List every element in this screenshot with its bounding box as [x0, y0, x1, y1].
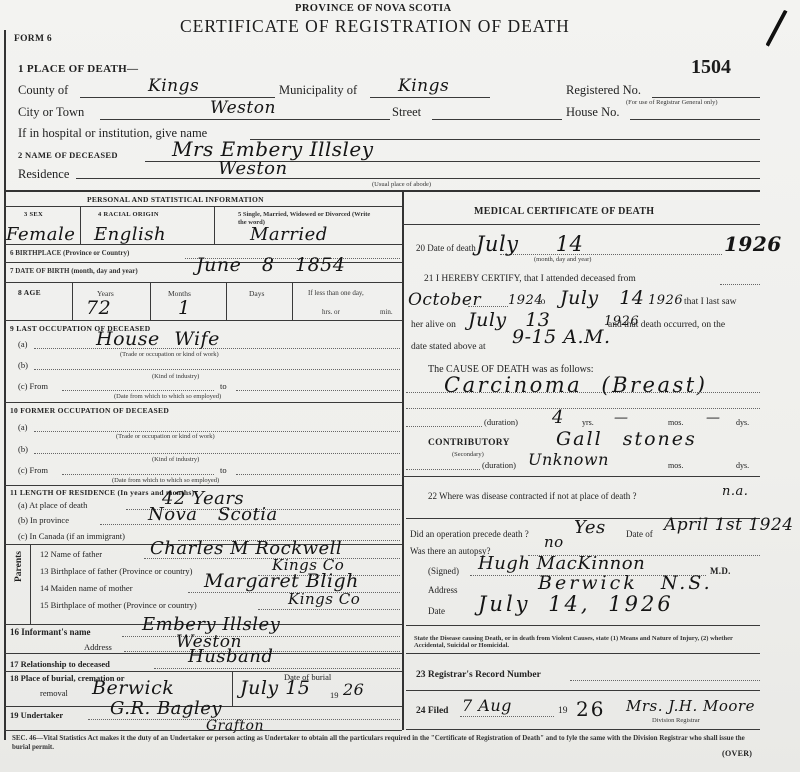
contributory-duration-line [406, 469, 480, 470]
operation-date-value: April 1st 1924 [664, 515, 794, 535]
age-label: 8 AGE [18, 288, 41, 297]
street-label: Street [392, 105, 421, 120]
duration-label: (duration) [484, 417, 518, 427]
duration-line [406, 426, 482, 427]
divider [4, 402, 402, 403]
death-date-note: (month, day and year) [534, 256, 591, 263]
mother-birthplace-label: 15 Birthplace of mother (Province or cou… [40, 600, 197, 610]
dob-value: June 8 1854 [196, 254, 345, 276]
divider [406, 729, 760, 730]
former-b-line [34, 453, 400, 454]
cause-of-death-value: Carcinoma (Breast) [444, 373, 707, 397]
filed-label: 24 Filed [416, 706, 448, 716]
medical-heading: MEDICAL CERTIFICATE OF DEATH [474, 206, 654, 217]
occupation-to-line [236, 390, 400, 391]
yrs-label: yrs. [582, 418, 594, 427]
in-province-label: (b) In province [18, 515, 69, 525]
divider [4, 190, 760, 192]
former-b-label: (b) [18, 444, 28, 454]
registered-no-line [652, 97, 760, 98]
statute-footer: SEC. 46—Vital Statistics Act makes it th… [12, 734, 762, 752]
occupation-c-label: (c) From [18, 381, 48, 391]
former-a-note: (Trade or occupation or kind of work) [116, 433, 215, 440]
left-border [4, 30, 6, 740]
residence-line [76, 178, 760, 179]
certify-text: 21 I HEREBY CERTIFY, that I attended dec… [424, 274, 636, 284]
col-line [226, 282, 227, 320]
col-line [150, 282, 151, 320]
divider [4, 282, 402, 283]
removal-label: removal [40, 688, 68, 698]
municipality-label: Municipality of [279, 83, 357, 98]
col-line [232, 671, 233, 706]
attended-from-value: October [408, 290, 481, 310]
col-line [214, 206, 215, 244]
divider [4, 244, 402, 245]
former-c-label: (c) From [18, 465, 48, 475]
burial-place-value: Berwick [92, 677, 174, 699]
residence-label: Residence [18, 167, 69, 182]
racial-origin-value: English [94, 224, 166, 245]
mother-name-label: 14 Maiden name of mother [40, 583, 133, 593]
col-line [80, 206, 81, 244]
informant-name-label: 16 Informant's name [10, 627, 91, 637]
check-mark-icon [765, 10, 794, 51]
county-value: Kings [148, 76, 199, 96]
occupation-a-note: (Trade or occupation or kind of work) [120, 351, 219, 358]
mother-birthplace-line [258, 609, 400, 610]
secondary-note: (Secondary) [452, 451, 484, 458]
col-line [292, 282, 293, 320]
divider [4, 485, 402, 486]
duration-years-value: 4 [552, 407, 564, 428]
birthplace-label: 6 BIRTHPLACE (Province or Country) [10, 249, 129, 257]
mother-name-value: Margaret Bligh [204, 570, 359, 592]
record-number-label: 23 Registrar's Record Number [416, 670, 541, 680]
less-than-day-label: If less than one day, [308, 289, 364, 297]
sex-value: Female [6, 224, 75, 245]
contributory-duration-label: (duration) [482, 460, 516, 470]
parents-side-label: Parents [14, 551, 24, 582]
operation-label: Did an operation precede death ? [410, 529, 529, 539]
certify-line [720, 284, 760, 285]
former-c-note: (Date from which to which so employed) [112, 477, 219, 484]
contributory-value: Gall stones [556, 428, 697, 450]
occupation-b-label: (b) [18, 360, 28, 370]
province: PROVINCE OF NOVA SCOTIA [295, 3, 452, 14]
certificate-date-label: Date [428, 606, 445, 616]
form-number: FORM 6 [14, 34, 52, 44]
occupation-c-note: (Date from which to which so employed) [114, 393, 221, 400]
at-place-label: (a) At place of death [18, 500, 87, 510]
physician-signature: Hugh MacKinnon [478, 553, 645, 574]
undertaker-value: G.R. Bagley [110, 698, 222, 719]
marital-status-value: Married [250, 224, 328, 245]
city-label: City or Town [18, 105, 84, 120]
attended-from-line [468, 306, 508, 307]
personal-heading: PERSONAL AND STATISTICAL INFORMATION [87, 195, 264, 204]
relationship-label: 17 Relationship to deceased [10, 659, 110, 669]
occupation-b-note: (Kind of industry) [152, 373, 199, 380]
days-label: Days [249, 289, 264, 298]
occupation-c-line [62, 390, 214, 391]
father-birthplace-label: 13 Birthplace of father (Province or cou… [40, 566, 192, 576]
occupation-b-line [34, 369, 400, 370]
dys-label: dys. [736, 418, 749, 427]
residence-value: Weston [218, 158, 288, 179]
time-value: 9-15 A.M. [512, 326, 610, 348]
over-label: (OVER) [722, 749, 752, 758]
cause-line-2 [406, 408, 760, 409]
age-years-value: 72 [86, 297, 111, 319]
filed-year-prefix: 19 [558, 706, 568, 716]
sex-label: 3 SEX [24, 211, 43, 218]
contributory-label: CONTRIBUTORY [428, 438, 510, 448]
document-title: CERTIFICATE OF REGISTRATION OF DEATH [180, 16, 570, 37]
hrs-label: hrs. or [322, 308, 340, 316]
divider [4, 206, 402, 207]
attended-to-value: July 14 [560, 287, 644, 309]
father-name-label: 12 Name of father [40, 549, 102, 559]
autopsy-value: no [544, 533, 564, 551]
in-canada-label: (c) In Canada (if an immigrant) [18, 531, 125, 541]
registered-no-label: Registered No. [566, 83, 641, 98]
dob-label: 7 DATE OF BIRTH (month, day and year) [10, 267, 138, 275]
duration-months-value: — [614, 410, 629, 426]
contracted-value: n.a. [722, 484, 748, 499]
death-date-value: July 14 [476, 232, 583, 256]
duration-days-value: — [706, 410, 721, 426]
residence-note: (Usual place of abode) [372, 181, 431, 188]
former-to-line [236, 474, 400, 475]
former-b-note: (Kind of industry) [152, 456, 199, 463]
last-occupation-value: House Wife [96, 328, 220, 350]
divider [4, 730, 402, 731]
municipality-line [370, 97, 490, 98]
informant-name-line [122, 636, 400, 637]
divider [4, 320, 402, 321]
operation-value: Yes [574, 517, 606, 538]
house-no-label: House No. [566, 105, 619, 120]
former-occupation-heading: 10 FORMER OCCUPATION OF DECEASED [10, 406, 169, 415]
racial-label: 4 RACIAL ORIGIN [98, 211, 159, 218]
attended-to-prefix: to [538, 297, 545, 307]
filed-date-value: 7 Aug [462, 696, 512, 715]
undertaker-label: 19 Undertaker [10, 710, 63, 720]
violent-causes-note: State the Disease causing Death, or in d… [414, 635, 760, 649]
last-saw-text: that I last saw [684, 297, 737, 307]
certificate-date-value: July 14, 1926 [478, 592, 674, 616]
occupation-a-label: (a) [18, 339, 27, 349]
occupation-to-label: to [220, 381, 227, 391]
relationship-line [154, 668, 400, 669]
address-label: Address [428, 585, 458, 595]
parents-col-line [30, 544, 31, 624]
filed-line [460, 716, 554, 717]
attended-to-year: 1926 [648, 293, 683, 308]
place-of-death-heading: 1 PLACE OF DEATH— [18, 63, 138, 75]
operation-date-label: Date of [626, 529, 653, 539]
contracted-label: 22 Where was disease contracted if not a… [428, 491, 637, 501]
column-divider [402, 190, 404, 730]
signed-label: (Signed) [428, 566, 459, 576]
divider [406, 690, 760, 691]
divider [4, 671, 402, 672]
record-number-line [570, 680, 760, 681]
city-value: Weston [210, 98, 276, 118]
municipality-value: Kings [398, 76, 449, 96]
contributory-dys-label: dys. [736, 461, 749, 470]
burial-year-value: 26 [343, 680, 364, 699]
col-line [72, 282, 73, 320]
cause-line-1 [406, 392, 760, 393]
former-c-line [62, 474, 214, 475]
former-a-label: (a) [18, 422, 27, 432]
divider [406, 653, 760, 654]
divider [402, 476, 760, 477]
burial-date-value: July 15 [240, 677, 310, 699]
death-certificate: FORM 6 PROVINCE OF NOVA SCOTIA CERTIFICA… [0, 0, 800, 772]
death-year-value: 1926 [724, 232, 782, 256]
burial-year-prefix: 19 [330, 690, 339, 700]
divider [402, 224, 760, 225]
mos-label: mos. [668, 418, 683, 427]
alive-prefix: her alive on [411, 320, 456, 330]
md-label: M.D. [710, 566, 731, 576]
former-a-line [34, 431, 400, 432]
county-label: County of [18, 83, 68, 98]
death-date-label: 20 Date of death [416, 243, 476, 253]
age-months-value: 1 [178, 297, 191, 319]
mother-birthplace-value: Kings Co [288, 590, 360, 608]
in-province-value: Nova Scotia [148, 504, 278, 525]
certificate-number: 1504 [691, 56, 731, 79]
occurred-text: and that death occurred, on the [608, 320, 725, 330]
physician-address: Berwick N.S. [538, 572, 713, 594]
registrar-signature: Mrs. J.H. Moore [626, 697, 755, 715]
name-label: 2 NAME OF DECEASED [18, 150, 118, 160]
divider [406, 625, 760, 626]
date-stated-text: date stated above at [411, 342, 486, 352]
registered-no-note: (For use of Registrar General only) [626, 99, 718, 106]
relationship-value: Husband [188, 646, 273, 667]
street-line [432, 119, 562, 120]
registrar-title: Division Registrar [652, 717, 700, 724]
undertaker-extra-value: Grafton [206, 718, 264, 734]
city-line [100, 119, 390, 120]
filed-year-value: 26 [576, 697, 605, 721]
min-label: min. [380, 308, 393, 316]
contributory-duration-value: Unknown [528, 450, 609, 469]
house-no-line [630, 119, 760, 120]
former-to-label: to [220, 465, 227, 475]
informant-address-label: Address [84, 642, 112, 652]
contributory-mos-label: mos. [668, 461, 683, 470]
